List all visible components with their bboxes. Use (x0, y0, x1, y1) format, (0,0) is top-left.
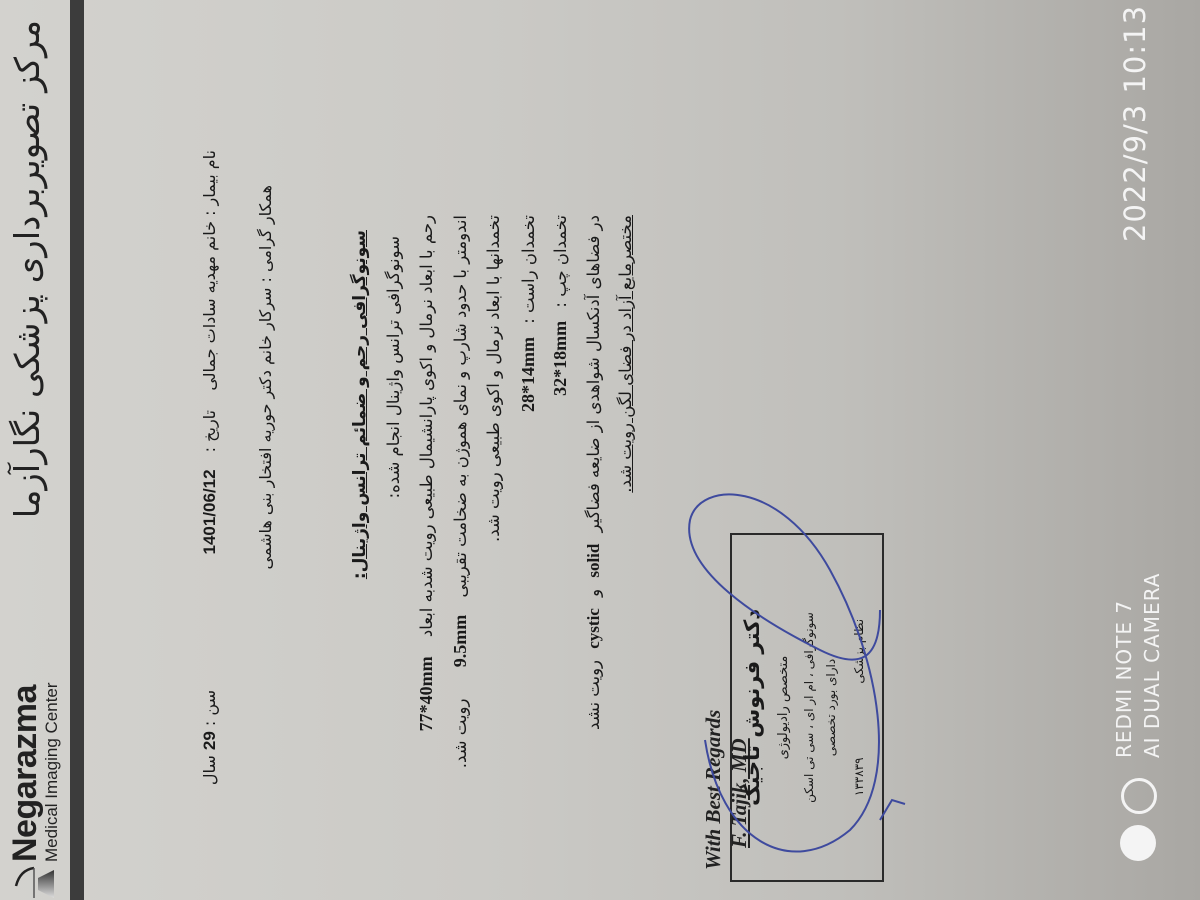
report-line-uterus: رحم با ابعاد نرمال و اکوی پارانشیمال طبی… (416, 215, 437, 731)
date-label: تاریخ : (200, 410, 219, 452)
logo-mark-icon (14, 866, 54, 900)
stamp-board: دارای بورد تخصصی (824, 535, 838, 880)
stamp-services: سونوگرافی ، ام ار ای ، سی تی اسکن (802, 535, 816, 880)
report-line-adnexa: در فضاهای آدنکسال شواهدی از ضایعه فضاگیر… (584, 215, 604, 730)
regards-text: With Best Regards (700, 710, 726, 870)
report-heading: سونوگرافی رحم و ضمائم ترانس واژینال: (350, 230, 370, 579)
patient-age: سن : 29 سال (200, 690, 220, 785)
age-value: 29 (200, 731, 219, 750)
camera-model: REDMI NOTE 7 (1112, 600, 1136, 758)
camera-ring-icon (1121, 778, 1157, 814)
date-value: 1401/06/12 (200, 469, 219, 554)
center-title: مرکز تصویربرداری پزشکی نگارآزما (8, 20, 48, 518)
logo-name: Negarazma (6, 685, 45, 862)
report-line-1: سونوگرافی ترانس واژینال انجام شده: (384, 236, 403, 498)
logo-subtitle: Medical Imaging Center (42, 682, 62, 862)
report-line-left-ovary: تخمدان چپ : 32*18mm (550, 215, 571, 396)
report-line-endometrium: اندومتر با حدود شارپ و نمای هموژن به ضخا… (450, 215, 471, 768)
report-line-free-fluid: مختصرمایع آزاد در فضای لگن رویت شد. (616, 215, 635, 493)
report-line-right-ovary: تخمدان راست : 28*14mm (518, 215, 539, 412)
adnexa-cystic: cystic (584, 608, 603, 649)
left-ovary-size: 32*18mm (550, 321, 570, 396)
stamp-doctor-name: دکتر فرنوش تاجیک (740, 535, 764, 880)
report-line-ovaries: تخمدانها با ابعاد نرمال و اکوی طبیعی روی… (484, 215, 503, 542)
doctor-stamp: دکتر فرنوش تاجیک متخصص رادیولوژی سونوگرا… (730, 533, 884, 882)
exam-date: تاریخ : 1401/06/12 (200, 410, 220, 555)
right-ovary-size: 28*14mm (518, 337, 538, 412)
adnexa-solid: solid (584, 544, 603, 578)
age-label: سن : (200, 690, 219, 726)
stamp-license: نظام پزشکی ۱۳۳۸۳۹ (852, 535, 866, 880)
referring-doctor: همکار گرامی : سرکار خانم دکتر حوریه افتخ… (256, 185, 275, 570)
photo-datetime: 2022/9/3 10:13 (1118, 5, 1152, 242)
patient-name: نام بیمار : خانم مهدیه سادات جمالی (200, 150, 219, 391)
endometrium-thickness: 9.5mm (450, 615, 470, 668)
age-unit: سال (200, 755, 219, 785)
logo: Negarazma Medical Imaging Center (0, 600, 66, 900)
report-page: مرکز تصویربرداری پزشکی نگارآزما Negarazm… (0, 0, 1200, 900)
header-divider (70, 0, 84, 900)
camera-label: AI DUAL CAMERA (1140, 573, 1164, 758)
stamp-specialty: متخصص رادیولوژی (776, 535, 791, 880)
uterus-size: 77*40mm (416, 656, 436, 731)
camera-dot-icon (1120, 825, 1156, 861)
